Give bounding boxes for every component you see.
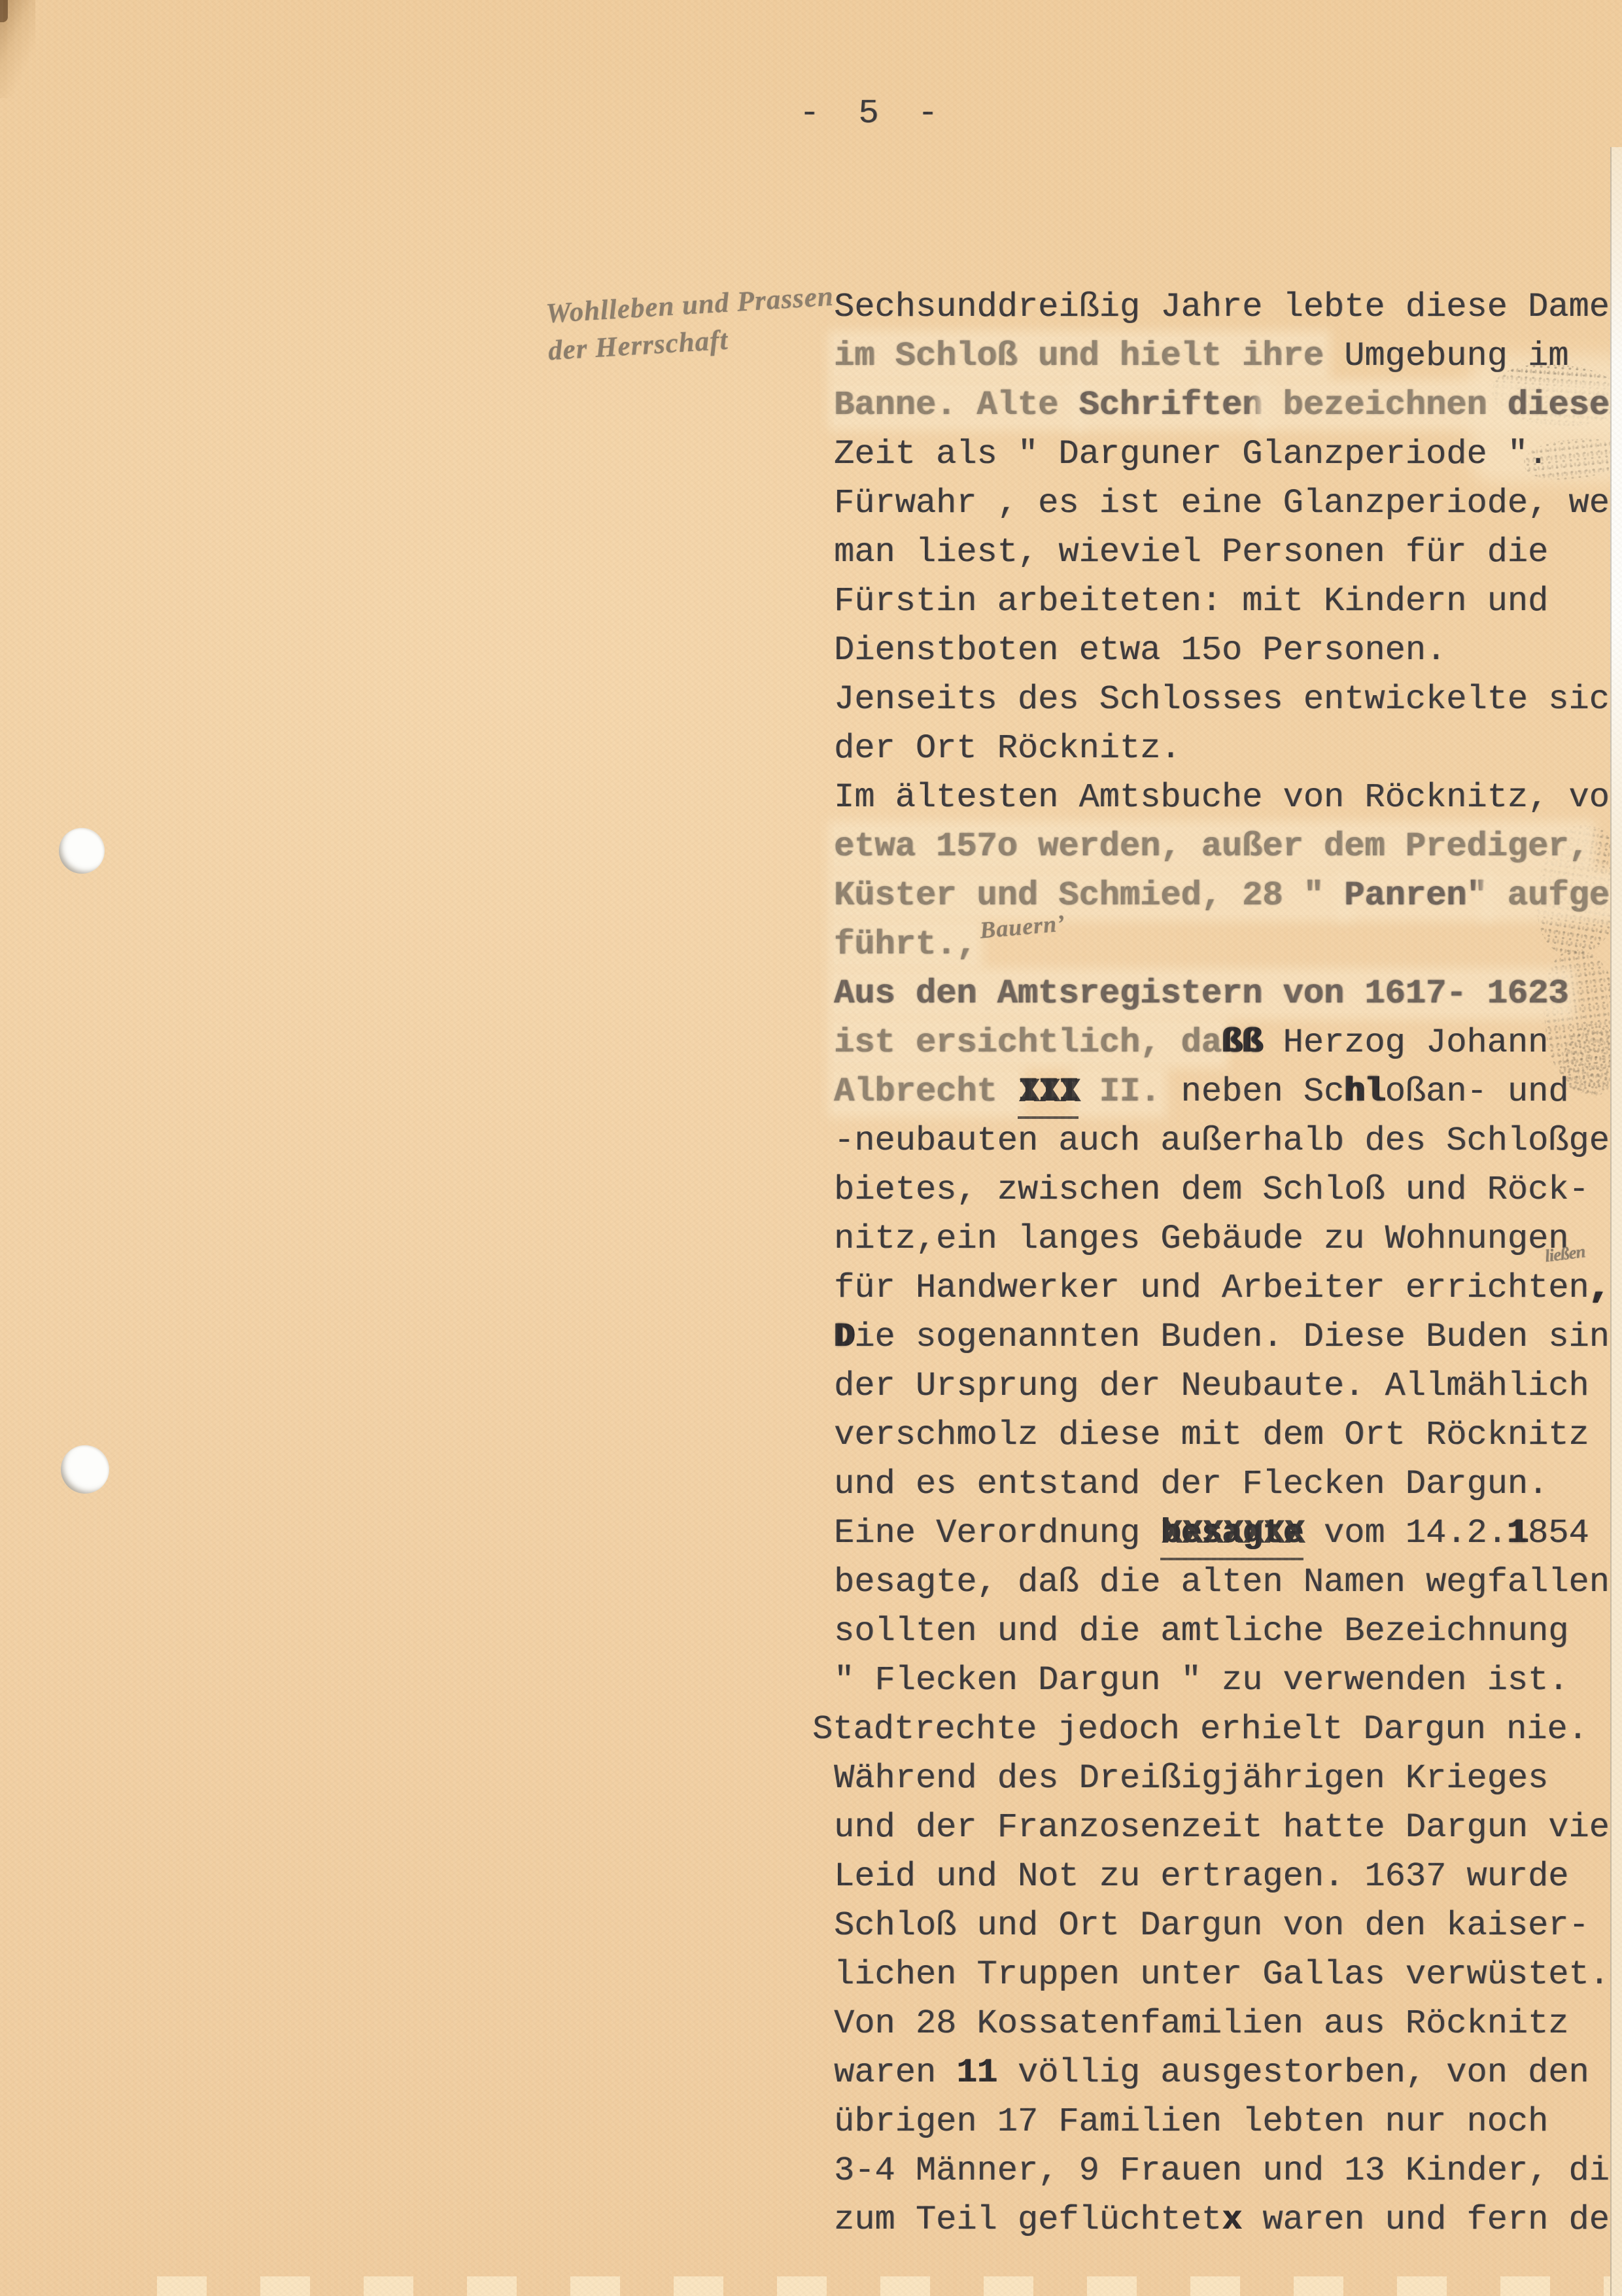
- paper-corner-shadow: [0, 0, 35, 98]
- text-segment: Aus den Amtsregistern von 1617- 1623: [834, 974, 1568, 1013]
- text-line: Leid und Not zu ertragen. 1637 wurde: [834, 1852, 1622, 1901]
- scan-bottom-edge: [157, 2276, 1622, 2296]
- text-line: Jenseits des Schlosses entwickelte sich: [834, 675, 1622, 724]
- text-line: Zeit als " Darguner Glanzperiode ".: [834, 430, 1622, 479]
- text-segment: lichen Truppen unter Gallas verwüstet.: [834, 1955, 1610, 1994]
- text-line: Von 28 Kossatenfamilien aus Röcknitz: [834, 1999, 1622, 2048]
- text-segment: oßan- und: [1385, 1072, 1569, 1111]
- text-segment: und es entstand der Flecken Dargun.: [834, 1465, 1548, 1503]
- text-line: etwa 157o werden, außer dem Prediger,: [834, 822, 1622, 871]
- text-segment: besagte, daß die alten Namen wegfallen: [834, 1563, 1610, 1602]
- text-line: ist ersichtlich, daßß Herzog Johann: [834, 1018, 1622, 1067]
- text-line: man liest, wieviel Personen für die: [834, 528, 1622, 577]
- text-segment: Herzog Johann: [1262, 1023, 1548, 1062]
- text-line: Eine Verordnung besagteXXXXXXX vom 14.2.…: [834, 1509, 1622, 1558]
- text-segment: der Ursprung der Neubaute. Allmählich: [834, 1367, 1589, 1405]
- text-line: verschmolz diese mit dem Ort Röcknitz: [834, 1411, 1622, 1460]
- text-line: Albrecht IIIXXX II. neben Schloßan- und: [834, 1067, 1622, 1116]
- text-line: übrigen 17 Familien lebten nur noch: [834, 2097, 1622, 2146]
- text-segment: 854: [1528, 1514, 1589, 1552]
- text-segment: D: [834, 1318, 854, 1356]
- text-line: Während des Dreißigjährigen Krieges: [834, 1754, 1622, 1803]
- text-line: zum Teil geflüchtetx waren und fern der: [834, 2195, 1622, 2244]
- text-line: Banne. Alte Schriften bezeichnen diese: [834, 381, 1622, 430]
- text-line: besagte, daß die alten Namen wegfallen: [834, 1558, 1622, 1607]
- text-segment: übrigen 17 Familien lebten nur noch: [834, 2102, 1548, 2141]
- text-line: und der Franzosenzeit hatte Dargun viel: [834, 1803, 1622, 1852]
- text-segment: Zeit als " Darguner Glanzperiode ".: [834, 435, 1548, 473]
- text-line: -neubauten auch außerhalb des Schloßge-: [834, 1116, 1622, 1165]
- text-line: Fürwahr , es ist eine Glanzperiode, wenn: [834, 479, 1622, 528]
- text-segment: im Schloß und hielt ihre: [834, 337, 1324, 375]
- scan-edge-strip: [1610, 147, 1622, 2296]
- text-segment: vom 14.2.: [1303, 1514, 1508, 1552]
- text-line: im Schloß und hielt ihre Umgebung im: [834, 332, 1622, 381]
- text-segment: völlig ausgestorben, von den: [997, 2053, 1589, 2092]
- text-segment: führt.,: [834, 925, 976, 964]
- text-line: nitz,ein langes Gebäude zu Wohnungen: [834, 1214, 1622, 1263]
- text-line: Stadtrechte jedoch erhielt Dargun nie.: [812, 1705, 1622, 1754]
- text-segment: bezeichnen: [1262, 386, 1507, 424]
- text-line: lichen Truppen unter Gallas verwüstet.: [834, 1950, 1622, 1999]
- text-segment: Von 28 Kossatenfamilien aus Röcknitz: [834, 2004, 1568, 2043]
- text-line: Die sogenannten Buden. Diese Buden sind: [834, 1312, 1622, 1362]
- text-line: der Ursprung der Neubaute. Allmählich: [834, 1362, 1622, 1411]
- text-segment: 11: [956, 2053, 997, 2092]
- text-segment: neben Sc: [1160, 1072, 1344, 1111]
- text-segment: sollten und die amtliche Bezeichnung: [834, 1612, 1568, 1651]
- strikeout-overtype: XXX: [1019, 1068, 1080, 1117]
- text-segment: Im ältesten Amtsbuche von Röcknitz, von: [834, 778, 1622, 817]
- handwritten-margin-note: Wohlleben und Prassen der Herrschaft: [545, 278, 837, 370]
- text-segment: und der Franzosenzeit hatte Dargun viel: [834, 1808, 1622, 1847]
- text-segment: hl: [1344, 1072, 1385, 1111]
- scanned-document-page: - 5 - Wohlleben und Prassen der Herrscha…: [0, 0, 1622, 2296]
- text-segment: aufge-: [1487, 876, 1622, 915]
- text-segment: man liest, wieviel Personen für die: [834, 533, 1548, 572]
- struck-out-word: besagteXXXXXXX: [1160, 1509, 1303, 1560]
- text-line: Fürstin arbeiteten: mit Kindern und: [834, 577, 1622, 626]
- text-segment: Panren": [1344, 876, 1487, 915]
- text-segment: Sechsunddreißig Jahre lebte diese Dame: [834, 288, 1610, 326]
- text-segment: Während des Dreißigjährigen Krieges: [834, 1759, 1548, 1798]
- text-segment: Albrecht: [834, 1072, 1018, 1111]
- text-line: waren 11 völlig ausgestorben, von den: [834, 2048, 1622, 2097]
- text-segment: Leid und Not zu ertragen. 1637 wurde: [834, 1857, 1568, 1896]
- text-segment: Umgebung im: [1324, 337, 1568, 375]
- text-segment: 1: [1508, 1514, 1528, 1552]
- text-segment: zum Teil geflüchtet: [834, 2201, 1222, 2239]
- text-segment: Jenseits des Schlosses entwickelte sich: [834, 680, 1622, 719]
- page-number: - 5 -: [799, 94, 947, 133]
- text-line: der Ort Röcknitz.: [834, 724, 1622, 773]
- text-line: Im ältesten Amtsbuche von Röcknitz, von: [834, 773, 1622, 822]
- text-segment: -neubauten auch außerhalb des Schloßge-: [834, 1122, 1622, 1160]
- text-line: Dienstboten etwa 15o Personen.: [834, 626, 1622, 675]
- text-segment: ßß: [1222, 1023, 1262, 1062]
- text-line: sollten und die amtliche Bezeichnung: [834, 1607, 1622, 1656]
- text-segment: Stadtrechte jedoch erhielt Dargun nie.: [812, 1710, 1588, 1749]
- text-line: " Flecken Dargun " zu verwenden ist.: [834, 1656, 1622, 1705]
- text-segment: II.: [1078, 1072, 1160, 1111]
- text-segment: diese: [1508, 386, 1610, 424]
- text-segment: bietes, zwischen dem Schloß und Röck-: [834, 1171, 1589, 1209]
- text-segment: Banne. Alte: [834, 386, 1078, 424]
- text-line: Aus den Amtsregistern von 1617- 1623: [834, 969, 1622, 1018]
- hole-punch: [61, 1445, 109, 1494]
- strikeout-overtype: XXXXXXX: [1162, 1509, 1304, 1558]
- text-segment: der Ort Röcknitz.: [834, 729, 1181, 768]
- text-segment: Schriften: [1078, 386, 1262, 424]
- text-line: für Handwerker und Arbeiter errichten,: [834, 1263, 1622, 1312]
- text-segment: ,: [1589, 1269, 1610, 1307]
- text-segment: etwa 157o werden, außer dem Prediger,: [834, 827, 1589, 866]
- text-segment: Fürwahr , es ist eine Glanzperiode, wenn: [834, 484, 1622, 523]
- text-segment: ie sogenannten Buden. Diese Buden sind: [854, 1318, 1622, 1356]
- text-line: bietes, zwischen dem Schloß und Röck-: [834, 1165, 1622, 1214]
- text-segment: 3-4 Männer, 9 Frauen und 13 Kinder, die: [834, 2151, 1622, 2190]
- text-segment: verschmolz diese mit dem Ort Röcknitz: [834, 1416, 1589, 1454]
- text-line: und es entstand der Flecken Dargun.: [834, 1460, 1622, 1509]
- text-segment: Dienstboten etwa 15o Personen.: [834, 631, 1446, 670]
- text-line: Schloß und Ort Dargun von den kaiser-: [834, 1901, 1622, 1950]
- struck-out-word: IIIXXX: [1018, 1067, 1079, 1119]
- text-line: führt.,: [834, 920, 1622, 969]
- typewritten-text: Sechsunddreißig Jahre lebte diese Dameim…: [834, 283, 1622, 2244]
- text-line: Sechsunddreißig Jahre lebte diese Dame: [834, 283, 1622, 332]
- text-segment: nitz,ein langes Gebäude zu Wohnungen: [834, 1220, 1568, 1258]
- text-segment: waren: [834, 2053, 956, 2092]
- text-line: 3-4 Männer, 9 Frauen und 13 Kinder, die: [834, 2146, 1622, 2195]
- text-segment: Fürstin arbeiteten: mit Kindern und: [834, 582, 1548, 621]
- text-segment: " Flecken Dargun " zu verwenden ist.: [834, 1661, 1568, 1700]
- text-segment: Eine Verordnung: [834, 1514, 1160, 1552]
- text-segment: ist ersichtlich, da: [834, 1023, 1222, 1062]
- text-segment: Küster und Schmied, 28 ": [834, 876, 1344, 915]
- hole-punch: [59, 828, 105, 874]
- text-segment: Schloß und Ort Dargun von den kaiser-: [834, 1906, 1589, 1945]
- text-line: Küster und Schmied, 28 " Panren" aufge-: [834, 871, 1622, 920]
- text-segment: für Handwerker und Arbeiter errichten: [834, 1269, 1589, 1307]
- text-segment: waren und fern der: [1242, 2201, 1622, 2239]
- text-segment: x: [1222, 2201, 1242, 2239]
